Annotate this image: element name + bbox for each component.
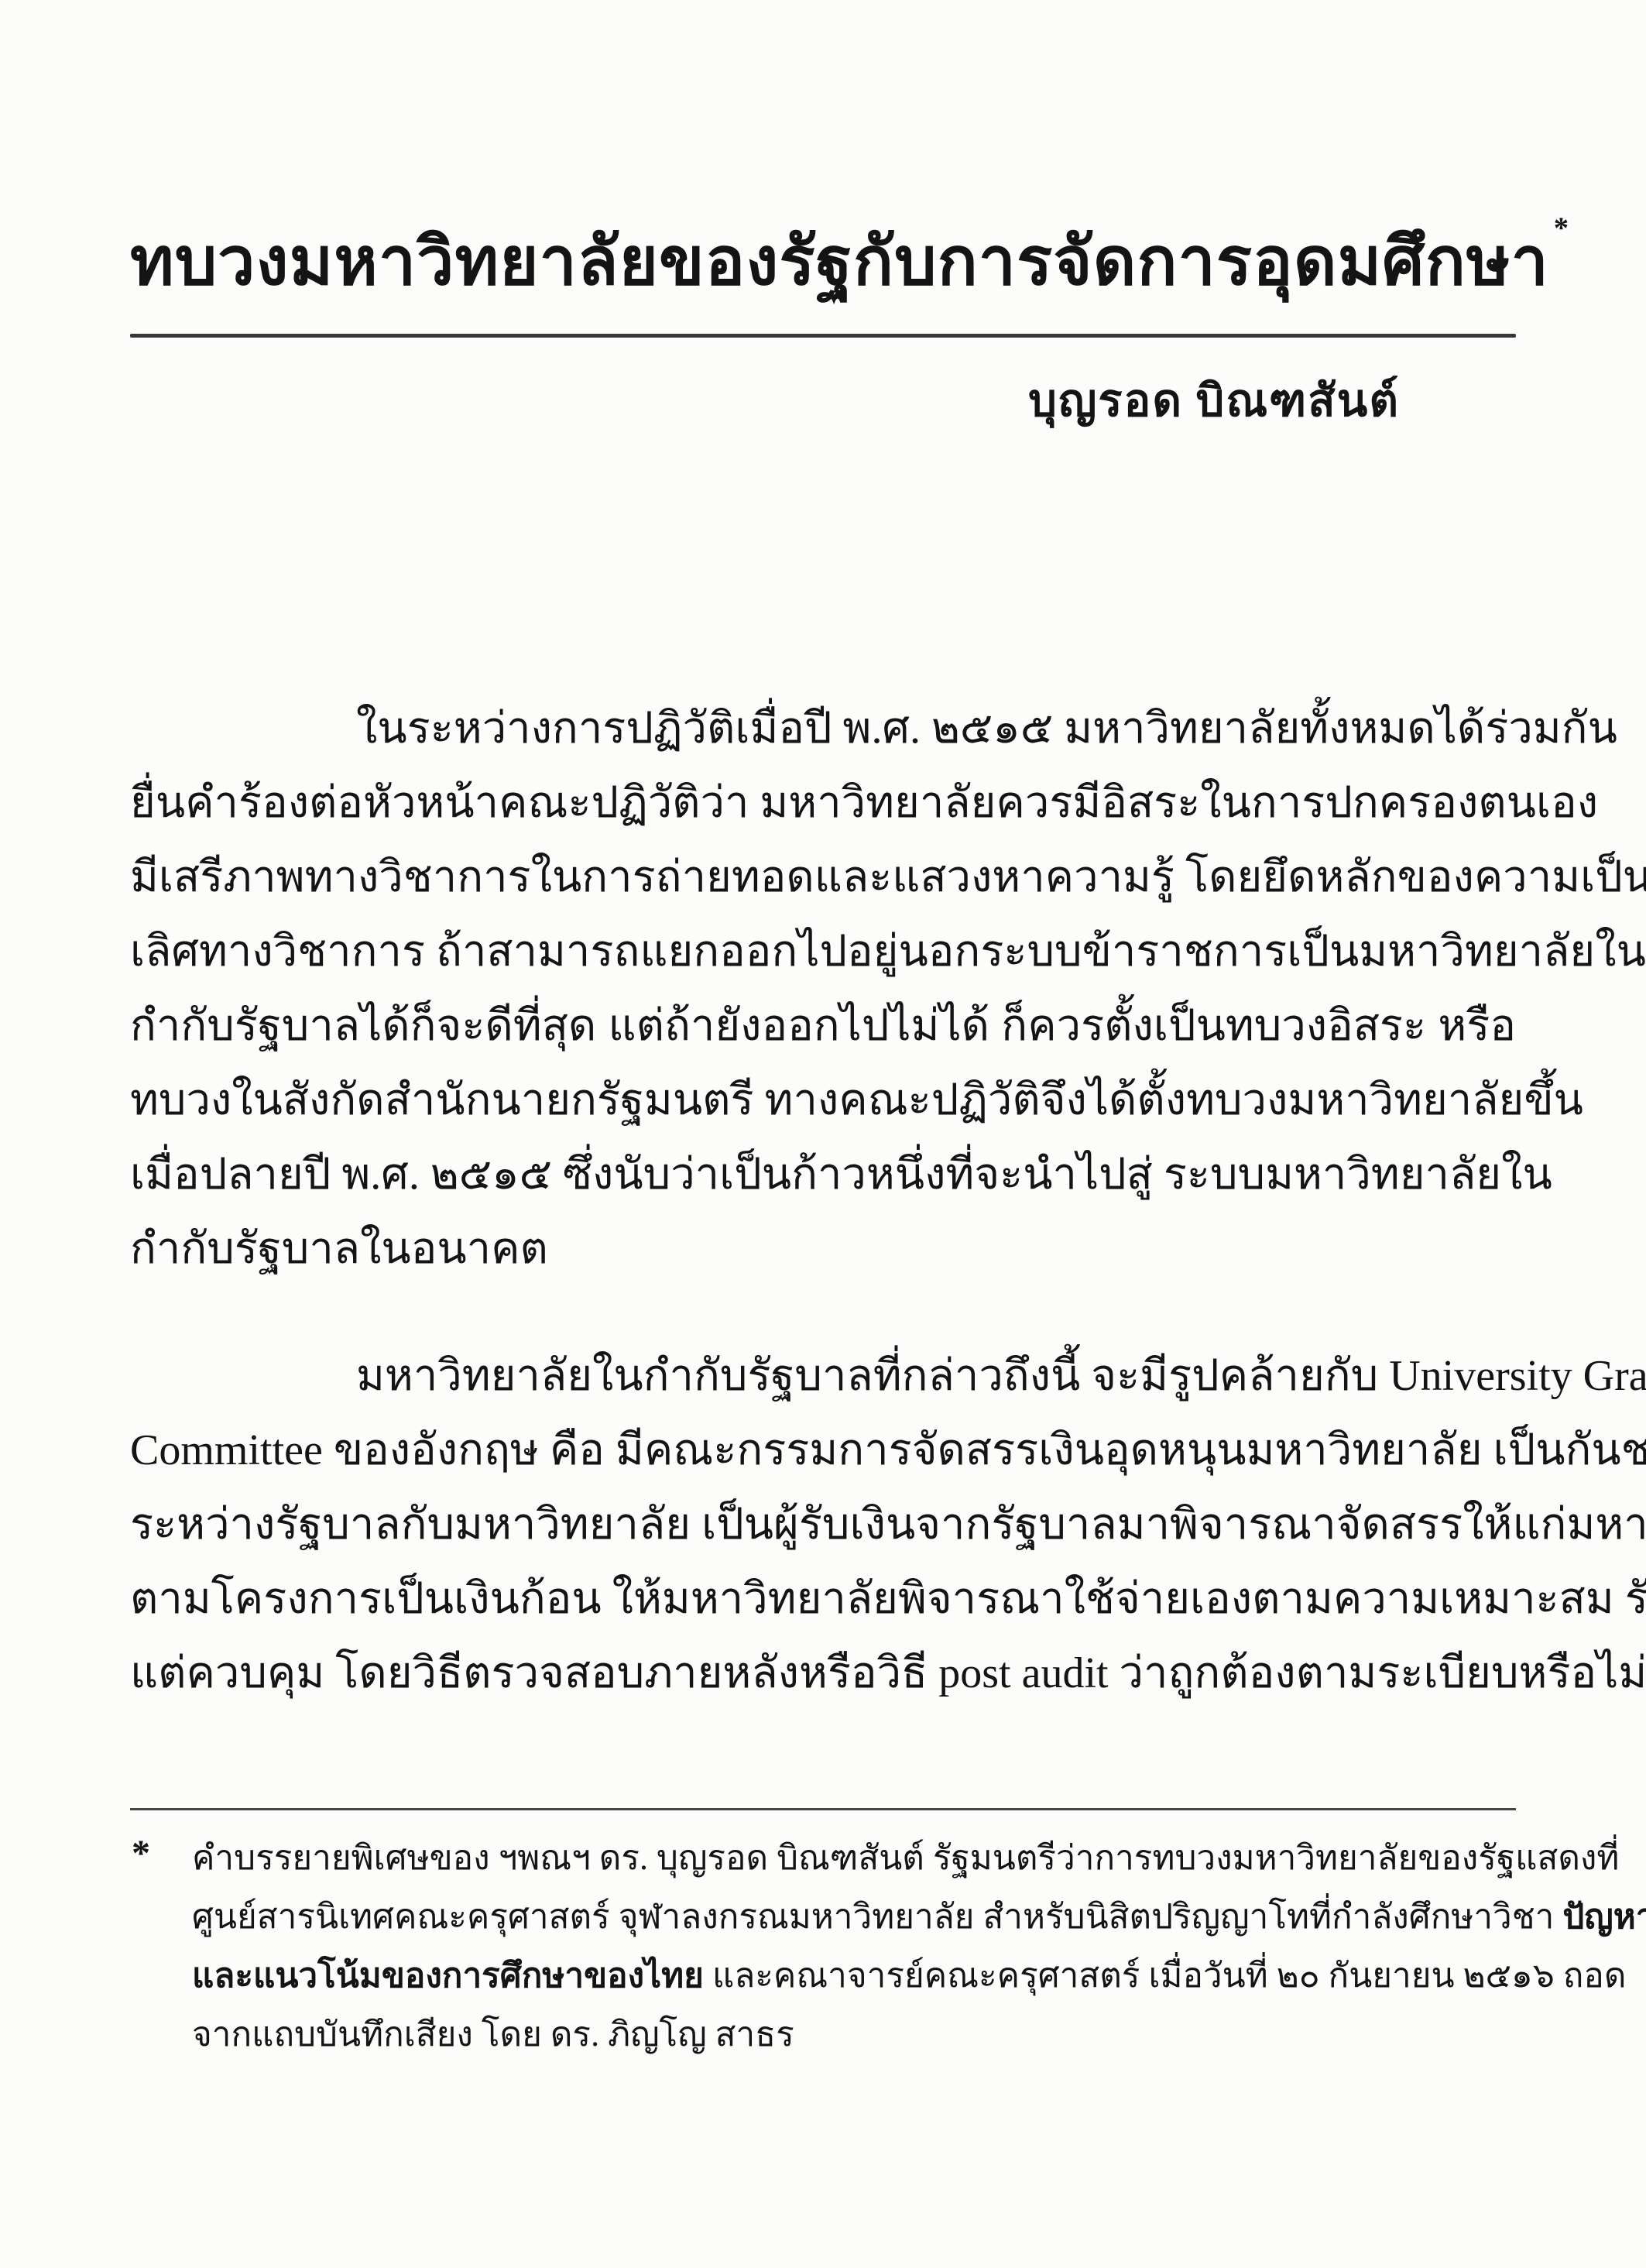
footnote-section: * คำบรรยายพิเศษของ ฯพณฯ ดร. บุญรอด บิณฑส…: [130, 1808, 1516, 2064]
footnote-reference-asterisk: *: [1554, 212, 1569, 245]
footnote-course-title-bold: ปัญหา: [1562, 1898, 1646, 1936]
title-divider-rule: [130, 334, 1516, 338]
text-line: Committee ของอังกฤษ คือ มีคณะกรรมการจัดส…: [130, 1413, 1516, 1487]
article-body: ในระหว่างการปฏิวัติเมื่อปี พ.ศ. ๒๕๑๕ มหา…: [130, 691, 1516, 1710]
text-line: แต่ควบคุม โดยวิธีตรวจสอบภายหลังหรือวิธี …: [130, 1636, 1516, 1710]
footnote-line: จากแถบบันทึกเสียง โดย ดร. ภิญโญ สาธร: [192, 2006, 1516, 2064]
text-line: เลิศทางวิชาการ ถ้าสามารถแยกออกไปอยู่นอกร…: [130, 914, 1516, 989]
text-line: ตามโครงการเป็นเงินก้อน ให้มหาวิทยาลัยพิจ…: [130, 1562, 1516, 1636]
footnote-line-text: และคณาจารย์คณะครุศาสตร์ เมื่อวันที่ ๒๐ ก…: [704, 1957, 1626, 1995]
paragraph-1: ในระหว่างการปฏิวัติเมื่อปี พ.ศ. ๒๕๑๕ มหา…: [130, 691, 1516, 1286]
text-line: ระหว่างรัฐบาลกับมหาวิทยาลัย เป็นผู้รับเง…: [130, 1487, 1516, 1562]
author-name: บุญรอด บิณฑสันต์: [130, 364, 1516, 436]
text-line: มหาวิทยาลัยในกำกับรัฐบาลที่กล่าวถึงนี้ จ…: [130, 1339, 1516, 1413]
text-line: ยื่นคำร้องต่อหัวหน้าคณะปฏิวัติว่า มหาวิท…: [130, 766, 1516, 840]
text-line: กำกับรัฐบาลได้ก็จะดีที่สุด แต่ถ้ายังออกไ…: [130, 989, 1516, 1063]
article-title: ทบวงมหาวิทยาลัยของรัฐกับการจัดการอุดมศึก…: [130, 221, 1516, 304]
document-page: ทบวงมหาวิทยาลัยของรัฐกับการจัดการอุดมศึก…: [0, 0, 1646, 2268]
footnote-course-title-bold: และแนวโน้มของการศึกษาของไทย: [192, 1957, 704, 1995]
article-header: ทบวงมหาวิทยาลัยของรัฐกับการจัดการอุดมศึก…: [130, 0, 1516, 436]
footnote-line: คำบรรยายพิเศษของ ฯพณฯ ดร. บุญรอด บิณฑสัน…: [192, 1829, 1516, 1888]
footnote-marker-asterisk: *: [132, 1824, 150, 1883]
footnote-line: และแนวโน้มของการศึกษาของไทย และคณาจารย์ค…: [192, 1947, 1516, 2006]
paragraph-2: มหาวิทยาลัยในกำกับรัฐบาลที่กล่าวถึงนี้ จ…: [130, 1339, 1516, 1710]
footnote-divider-rule: [130, 1808, 1516, 1810]
text-line: ทบวงในสังกัดสำนักนายกรัฐมนตรี ทางคณะปฏิว…: [130, 1063, 1516, 1137]
text-line: ในระหว่างการปฏิวัติเมื่อปี พ.ศ. ๒๕๑๕ มหา…: [130, 691, 1516, 766]
footnote-line: ศูนย์สารนิเทศคณะครุศาสตร์ จุฬาลงกรณมหาวิ…: [192, 1888, 1516, 1947]
footnote-text-block: * คำบรรยายพิเศษของ ฯพณฯ ดร. บุญรอด บิณฑส…: [130, 1829, 1516, 2064]
text-line: กำกับรัฐบาลในอนาคต: [130, 1212, 1516, 1286]
article-title-text: ทบวงมหาวิทยาลัยของรัฐกับการจัดการอุดมศึก…: [130, 225, 1549, 299]
text-line: มีเสรีภาพทางวิชาการในการถ่ายทอดและแสวงหา…: [130, 840, 1516, 914]
text-line: เมื่อปลายปี พ.ศ. ๒๕๑๕ ซึ่งนับว่าเป็นก้าว…: [130, 1137, 1516, 1212]
footnote-line-text: ศูนย์สารนิเทศคณะครุศาสตร์ จุฬาลงกรณมหาวิ…: [192, 1898, 1562, 1936]
